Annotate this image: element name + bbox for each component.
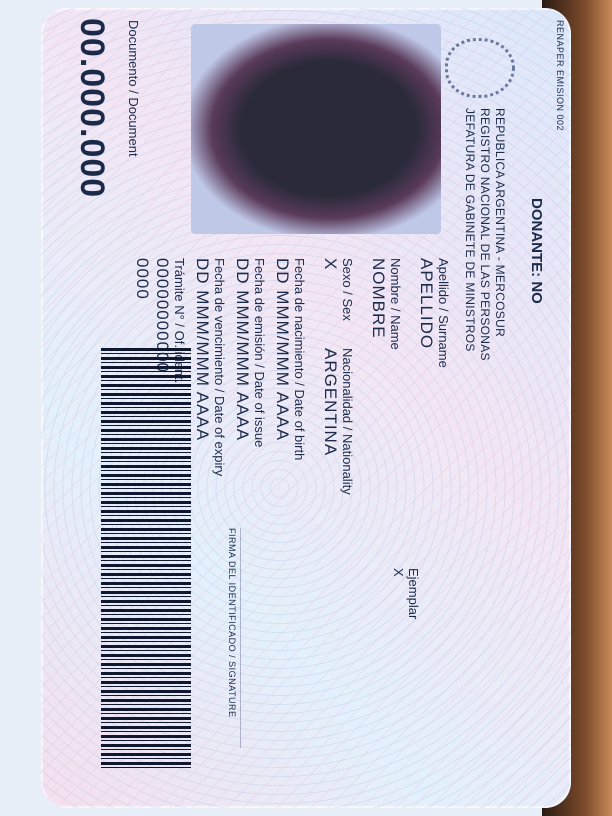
- emitter-code: RENAPER EMISION 002: [555, 20, 565, 131]
- coat-of-arms-icon: [445, 38, 515, 98]
- expiry-date-field: Fecha de vencimiento / Date of expiry DD…: [192, 258, 227, 476]
- sex-field: Sexo / Sex X: [320, 258, 355, 321]
- surname-field: Apellido / Surname APELLIDO: [416, 258, 451, 368]
- nationality-field: Nacionalidad / Nationality ARGENTINA: [320, 348, 355, 495]
- issue-date-field: Fecha de emisión / Date of issue DD MMM/…: [232, 258, 267, 447]
- signature-area: [240, 528, 321, 748]
- issuer-line: REGISTRO NACIONAL DE LAS PERSONAS: [477, 108, 492, 361]
- name-field: Nombre / Name NOMBRE: [368, 258, 403, 350]
- id-card-wrapper: RENAPER EMISION 002 DONANTE: NO REPUBLIC…: [41, 8, 571, 808]
- document-number: 00.000.000: [72, 18, 111, 198]
- donor-status: DONANTE: NO: [528, 198, 545, 304]
- issuer-line: REPUBLICA ARGENTINA - MERCOSUR: [492, 108, 507, 361]
- issuer-line: JEFATURA DE GABINETE DE MINISTROS: [462, 108, 477, 361]
- signature-label: FIRMA DEL IDENTIFICADO / SIGNATURE: [227, 528, 237, 718]
- document-label: Documento / Document: [126, 20, 141, 157]
- ejemplar-field: Ejemplar X: [391, 568, 421, 619]
- id-card: RENAPER EMISION 002 DONANTE: NO REPUBLIC…: [41, 8, 571, 808]
- holder-photo-placeholder: [191, 24, 441, 234]
- issuer-block: REPUBLICA ARGENTINA - MERCOSUR REGISTRO …: [462, 108, 507, 361]
- birth-date-field: Fecha de nacimiento / Date of birth DD M…: [272, 258, 307, 460]
- pdf417-barcode: [101, 348, 191, 768]
